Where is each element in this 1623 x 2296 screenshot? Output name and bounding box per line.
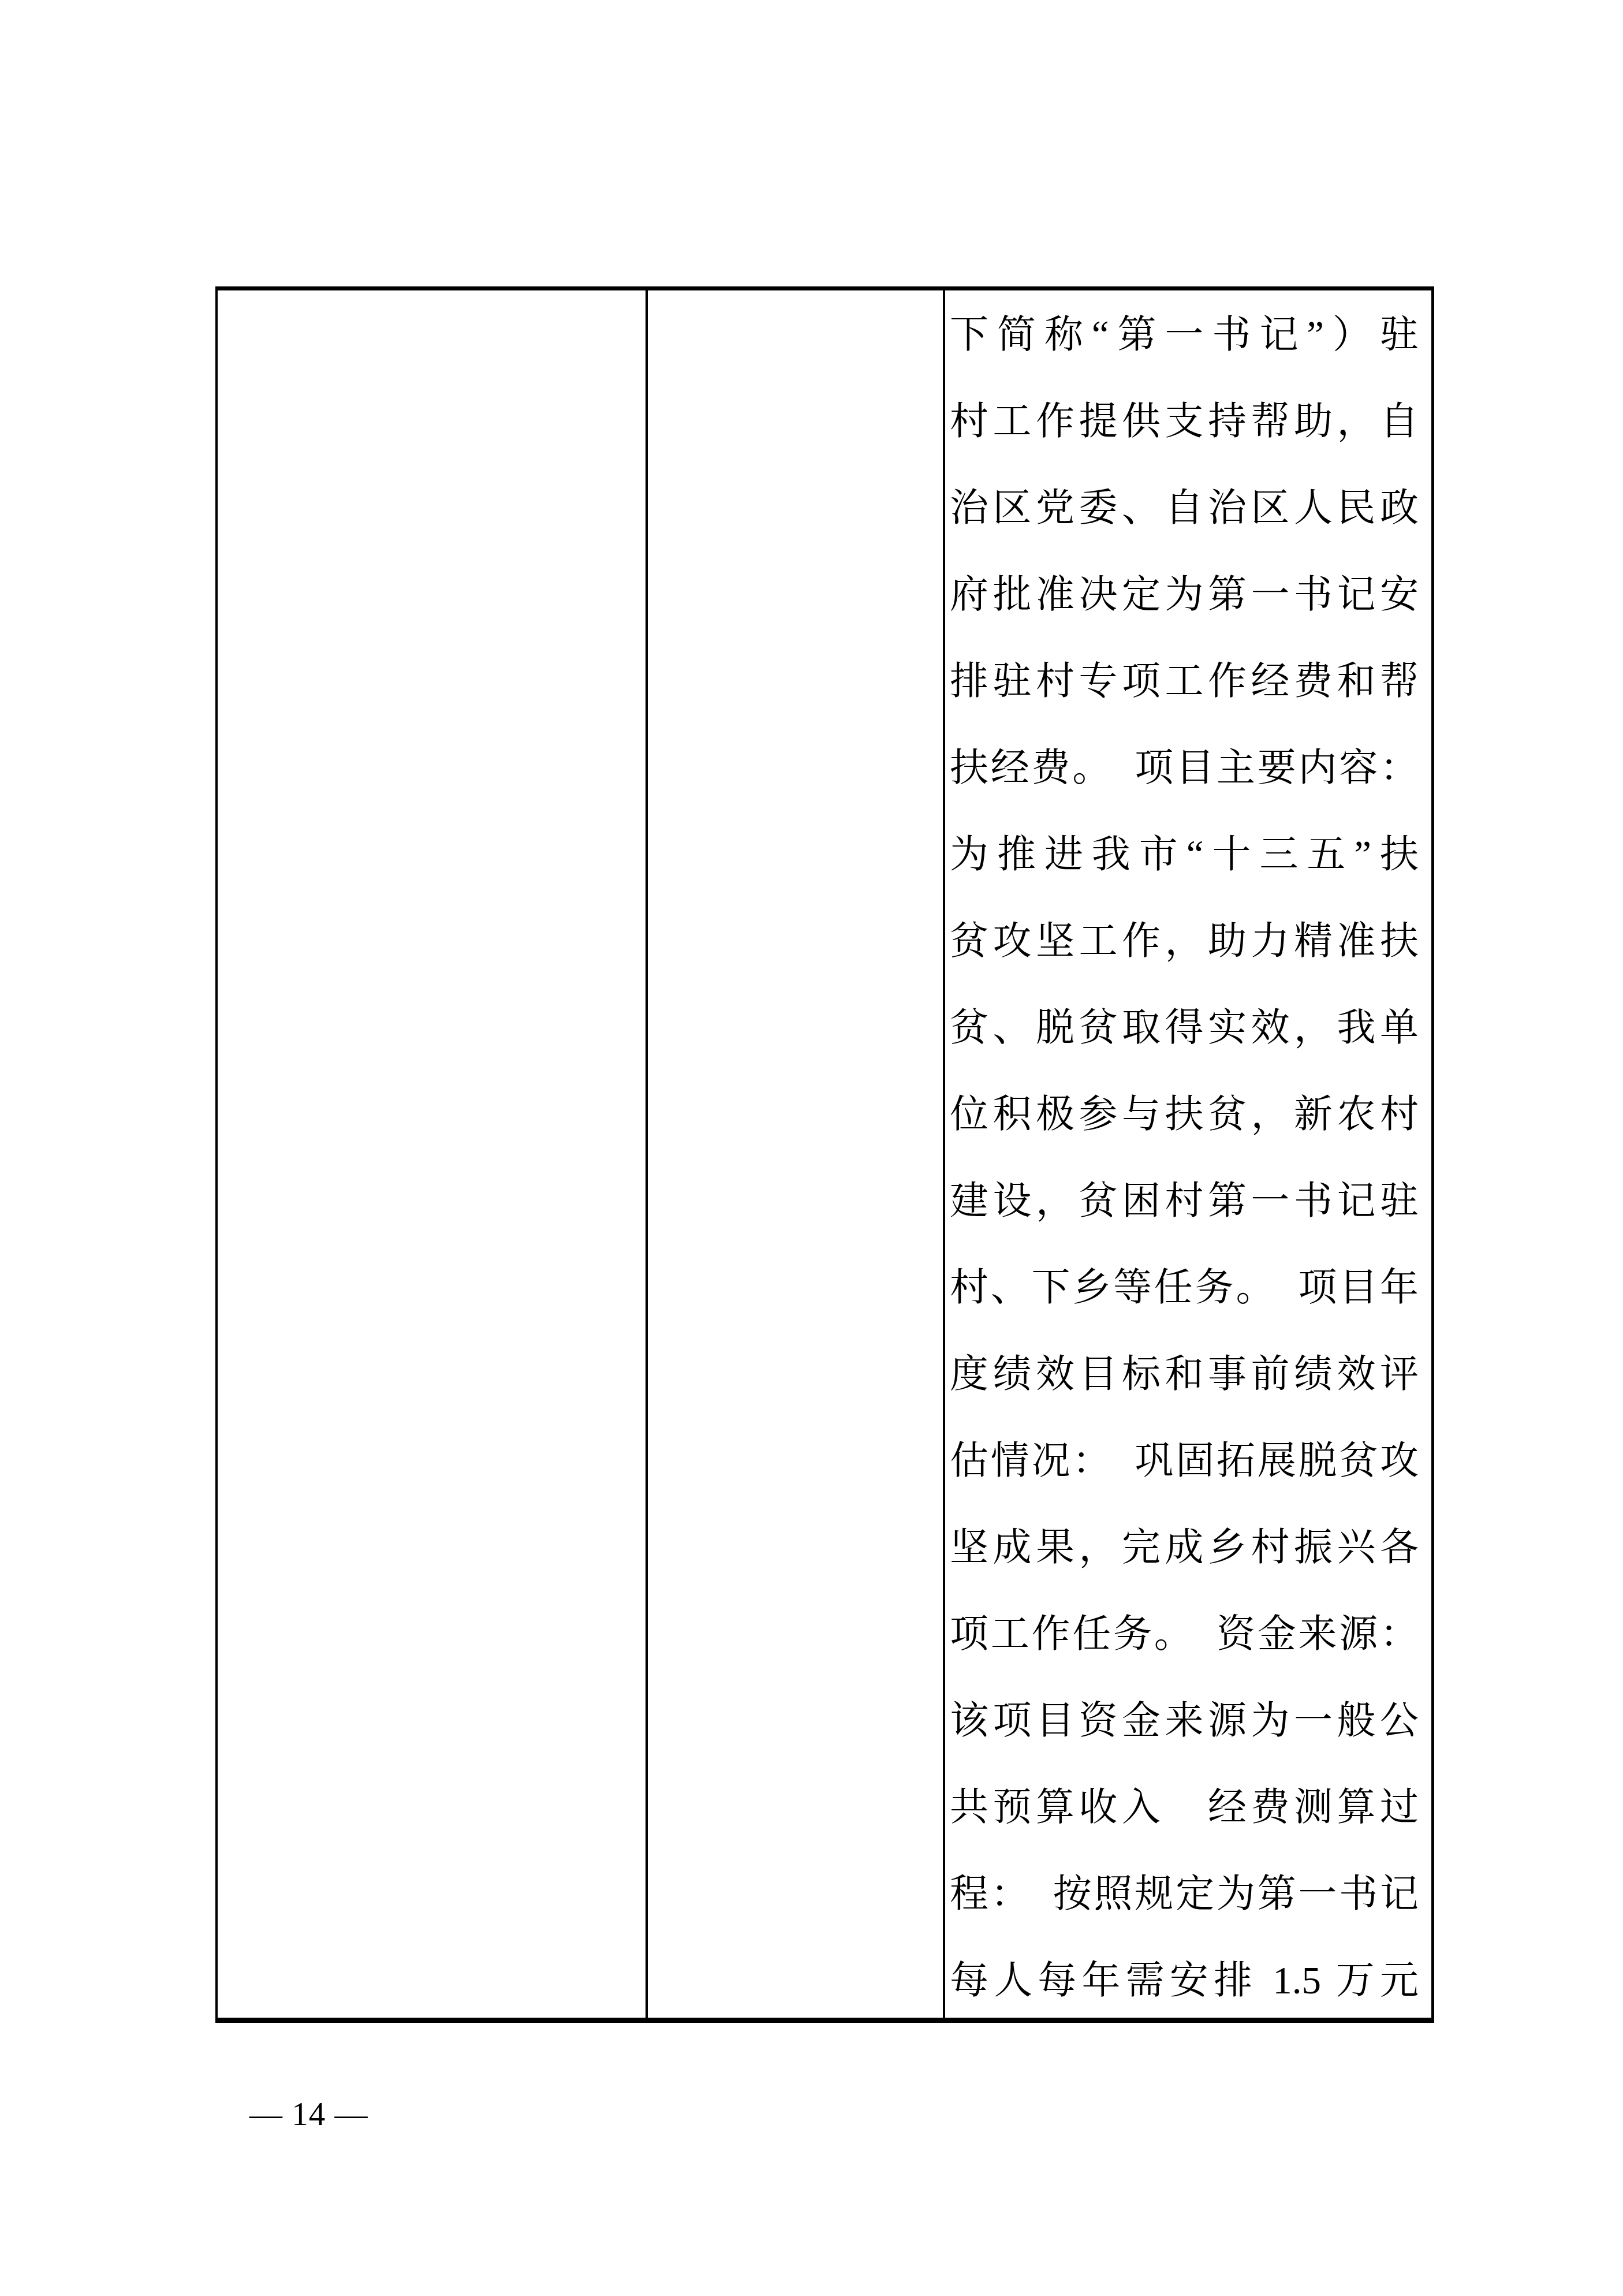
text-line: 估情况： 巩固拓展脱贫攻 (950, 1418, 1419, 1504)
text-line: 治区党委、自治区人民政 (950, 465, 1419, 551)
text-line: 位积极参与扶贫，新农村 (950, 1071, 1419, 1158)
document-page: { "document": { "page_number": "— 14 —",… (0, 0, 1623, 2296)
text-line: 程： 按照规定为第一书记 (950, 1851, 1419, 1937)
text-line: 村工作提供支持帮助，自 (950, 378, 1419, 465)
text-line: 为推进我市“十三五”扶 (950, 811, 1419, 898)
text-line: 建设，贫困村第一书记驻 (950, 1158, 1419, 1244)
table-cell-empty-col2 (648, 290, 943, 2018)
table-cell-empty-col1 (218, 290, 646, 2018)
text-line: 贫攻坚工作，助力精准扶 (950, 898, 1419, 985)
text-line: 该项目资金来源为一般公 (950, 1678, 1419, 1764)
text-line: 每人每年需安排 1.5 万元 (950, 1937, 1419, 2024)
text-line: 贫、脱贫取得实效，我单 (950, 985, 1419, 1071)
text-line: 下简称“第一书记”）驻 (950, 292, 1419, 378)
text-line: 度绩效目标和事前绩效评 (950, 1331, 1419, 1418)
text-line: 坚成果，完成乡村振兴各 (950, 1504, 1419, 1591)
page-number: — 14 — (249, 2095, 368, 2134)
text-line: 共预算收入 经费测算过 (950, 1764, 1419, 1851)
text-line: 排驻村专项工作经费和帮 (950, 638, 1419, 725)
text-line: 扶经费。 项目主要内容： (950, 725, 1419, 811)
text-line: 府批准决定为第一书记安 (950, 551, 1419, 638)
budget-project-table: 下简称“第一书记”）驻 村工作提供支持帮助，自 治区党委、自治区人民政 府批准决… (215, 286, 1434, 2023)
table-cell-project-description: 下简称“第一书记”）驻 村工作提供支持帮助，自 治区党委、自治区人民政 府批准决… (950, 290, 1419, 2018)
text-line: 项工作任务。 资金来源： (950, 1591, 1419, 1678)
table-column-divider-2 (943, 290, 945, 2018)
text-line: 村、下乡等任务。 项目年 (950, 1244, 1419, 1331)
